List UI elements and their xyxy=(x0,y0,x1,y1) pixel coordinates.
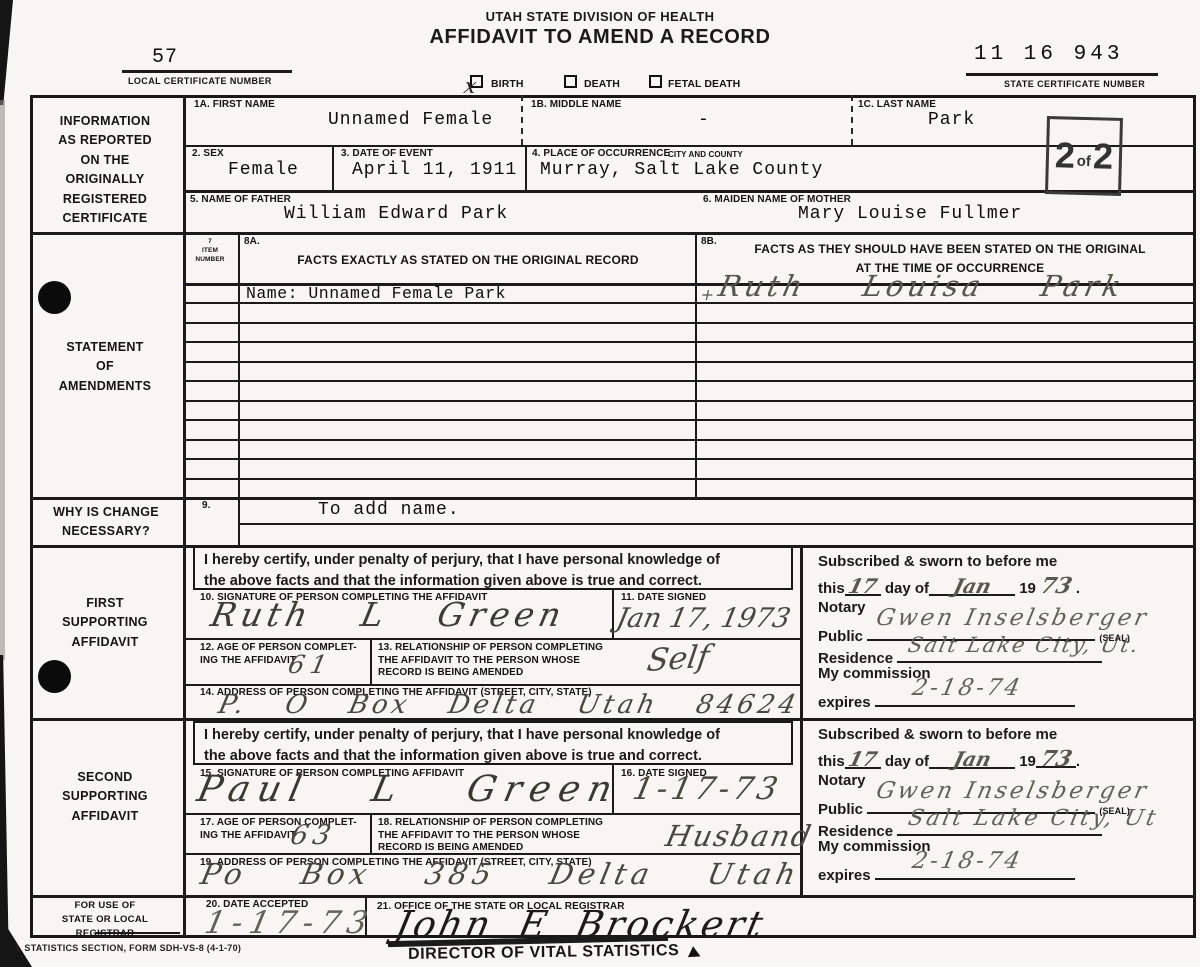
col-8a-title: FACTS EXACTLY AS STATED ON THE ORIGINAL … xyxy=(248,253,688,268)
agency-title: UTAH STATE DIVISION OF HEALTH xyxy=(0,9,1200,24)
birth-checkbox-mark: x xyxy=(462,76,478,97)
rule xyxy=(183,145,1196,147)
sex-value: Female xyxy=(228,160,299,180)
middle-name-value: - xyxy=(698,110,710,130)
state-certificate-label: STATE CERTIFICATE NUMBER xyxy=(1004,79,1145,90)
place-city-county-sublabel: CITY AND COUNTY xyxy=(668,150,743,160)
certification-statement-2: I hereby certify, under penalty of perju… xyxy=(193,721,793,765)
scan-edge-bottom-left xyxy=(0,655,9,967)
date-of-event-value: April 11, 1911 xyxy=(352,160,517,180)
rule xyxy=(238,523,1196,525)
local-certificate-number: 57 xyxy=(152,46,178,69)
notary-name-1: Gwen Inselsberger xyxy=(874,607,1151,630)
this-word: this xyxy=(818,753,845,770)
mother-name-value: Mary Louise Fullmer xyxy=(798,204,1022,224)
death-checkbox xyxy=(564,75,577,88)
rule xyxy=(183,400,1196,402)
rule xyxy=(183,380,1196,382)
amendment-corrected-value: Ruth Louisa Park xyxy=(716,272,1127,301)
father-name-label: 5. NAME OF FATHER xyxy=(190,194,291,207)
fetal-death-checkbox-label: FETAL DEATH xyxy=(668,78,740,91)
rule xyxy=(332,145,334,190)
place-of-occurrence-label: 4. PLACE OF OCCURRENCE xyxy=(532,148,670,161)
rule xyxy=(183,419,1196,421)
rule xyxy=(695,232,697,497)
date-signed-1-value: Jan 17, 1973 xyxy=(614,605,793,632)
sworn-text-2: Subscribed & sworn to before me xyxy=(818,726,1057,743)
stamp-of-word: of xyxy=(1077,152,1092,169)
sworn-date-line-2: this17 day ofJan 1973. xyxy=(818,748,1080,770)
sworn-year-1: 73 xyxy=(1038,575,1074,597)
certification-statement-1: I hereby certify, under penalty of perju… xyxy=(193,546,793,590)
notary-residence-2: Salt Lake City, Ut xyxy=(906,808,1160,830)
sworn-month-2: Jan xyxy=(951,749,993,769)
rule xyxy=(30,232,1196,235)
notary-residence-1: Salt Lake City, Ut. xyxy=(906,635,1142,656)
registrar-signature: John E Brockert xyxy=(392,906,769,943)
punch-hole xyxy=(38,281,71,314)
nineteen-word: 19 xyxy=(1019,753,1036,770)
sworn-month-1: Jan xyxy=(951,576,993,596)
scanned-affidavit-document: UTAH STATE DIVISION OF HEALTH AFFIDAVIT … xyxy=(0,0,1200,967)
sworn-year-2: 73 xyxy=(1038,748,1074,770)
why-change-value: To add name. xyxy=(318,500,460,520)
notary-expires-2: 2-18-74 xyxy=(910,850,1025,873)
relationship-1-label: 13. RELATIONSHIP OF PERSON COMPLETING TH… xyxy=(378,642,610,680)
father-name-value: William Edward Park xyxy=(284,204,508,224)
sidebar-why-label: WHY IS CHANGE NECESSARY? xyxy=(36,503,176,542)
rule xyxy=(370,638,372,684)
signature-2-value: Paul L Green xyxy=(194,772,623,808)
expires-word: expires xyxy=(818,694,871,711)
first-name-value: Unnamed Female xyxy=(328,110,493,130)
rule xyxy=(183,478,1196,480)
stamp-page-total: 2 xyxy=(1093,135,1114,178)
page-2-of-2-stamp: 2of2 xyxy=(1045,116,1123,196)
item-number-column-header: 7 ITEM NUMBER xyxy=(185,238,235,264)
age-1-value: 61 xyxy=(286,652,335,677)
date-signed-2-value: 1-17-73 xyxy=(630,774,784,805)
dashed-divider xyxy=(851,95,853,145)
sidebar-divider xyxy=(183,95,186,938)
notary-name-2: Gwen Inselsberger xyxy=(874,780,1151,803)
sex-label: 2. SEX xyxy=(192,148,224,161)
nineteen-word: 19 xyxy=(1019,580,1036,597)
rule xyxy=(183,439,1196,441)
fetal-death-checkbox xyxy=(649,75,662,88)
relationship-2-label: 18. RELATIONSHIP OF PERSON COMPLETING TH… xyxy=(378,817,618,855)
stamp-page-number: 2 xyxy=(1054,134,1075,177)
relationship-2-value: Husband xyxy=(663,822,815,851)
rule xyxy=(370,813,372,853)
this-word: this xyxy=(818,580,845,597)
rule xyxy=(183,684,802,686)
day-of-words: day of xyxy=(885,753,929,770)
expires-word: expires xyxy=(818,867,871,884)
rule xyxy=(183,341,1196,343)
date-accepted-value: 1-17-73 xyxy=(202,908,377,939)
sidebar-info-label: INFORMATION AS REPORTED ON THE ORIGINALL… xyxy=(40,112,170,228)
rule xyxy=(183,813,802,815)
sworn-text-1: Subscribed & sworn to before me xyxy=(818,553,1057,570)
state-certificate-number: 11 16 943 xyxy=(974,43,1123,66)
col-8a-number: 8A. xyxy=(244,236,260,249)
period: . xyxy=(1076,753,1080,770)
sworn-day-1: 17 xyxy=(846,576,879,596)
notary-block-2: Subscribed & sworn to before me this17 d… xyxy=(818,722,1190,888)
rule xyxy=(238,232,240,545)
sidebar-registrar-use-label: FOR USE OF STATE OR LOCAL REGISTRAR xyxy=(40,899,170,940)
middle-name-label: 1B. MIDDLE NAME xyxy=(531,99,621,112)
death-checkbox-label: DEATH xyxy=(584,78,620,91)
last-name-label: 1C. LAST NAME xyxy=(858,99,936,112)
last-name-value: Park xyxy=(928,110,975,130)
relationship-1-value: Self xyxy=(645,642,711,677)
punch-hole xyxy=(38,660,71,693)
period: . xyxy=(1076,580,1080,597)
first-name-label: 1A. FIRST NAME xyxy=(194,99,275,112)
scan-edge-left xyxy=(0,100,5,660)
date-of-event-label: 3. DATE OF EVENT xyxy=(341,148,433,161)
sidebar-second-affidavit-label: SECOND SUPPORTING AFFIDAVIT xyxy=(40,768,170,826)
day-of-words: day of xyxy=(885,580,929,597)
sworn-day-2: 17 xyxy=(846,749,879,769)
rule xyxy=(183,458,1196,460)
dashed-divider xyxy=(521,95,523,145)
notary-block-1: Subscribed & sworn to before me this17 d… xyxy=(818,549,1190,715)
rule xyxy=(525,145,527,190)
age-2-value: 63 xyxy=(288,822,338,849)
local-certificate-label: LOCAL CERTIFICATE NUMBER xyxy=(128,76,272,87)
form-id-text: L STATISTICS SECTION, FORM SDH-VS-8 (4-1… xyxy=(16,943,241,953)
notary-expires-1: 2-18-74 xyxy=(910,677,1025,700)
why-change-number: 9. xyxy=(202,500,211,513)
sidebar-statement-label: STATEMENT OF AMENDMENTS xyxy=(40,338,170,396)
rule xyxy=(183,322,1196,324)
sidebar-first-affidavit-label: FIRST SUPPORTING AFFIDAVIT xyxy=(40,594,170,652)
notary-word-1: Notary xyxy=(818,599,866,616)
rule xyxy=(95,932,180,934)
address-2-value: Po Box 385 Delta Utah xyxy=(198,860,803,889)
notary-word-2: Notary xyxy=(818,772,866,789)
address-1-value: P. O Box Delta Utah 84624 xyxy=(216,692,802,718)
amendment-original-value: Name: Unnamed Female Park xyxy=(246,284,506,303)
rule xyxy=(122,70,292,73)
place-of-occurrence-value: Murray, Salt Lake County xyxy=(540,160,823,180)
stamp-triangle-mark xyxy=(688,946,703,962)
rule xyxy=(183,361,1196,363)
birth-checkbox-label: BIRTH xyxy=(491,78,524,91)
rule xyxy=(966,73,1158,76)
signature-1-value: Ruth L Green xyxy=(208,598,569,631)
rule xyxy=(30,895,1196,898)
sworn-date-line-1: this17 day ofJan 1973. xyxy=(818,575,1080,597)
